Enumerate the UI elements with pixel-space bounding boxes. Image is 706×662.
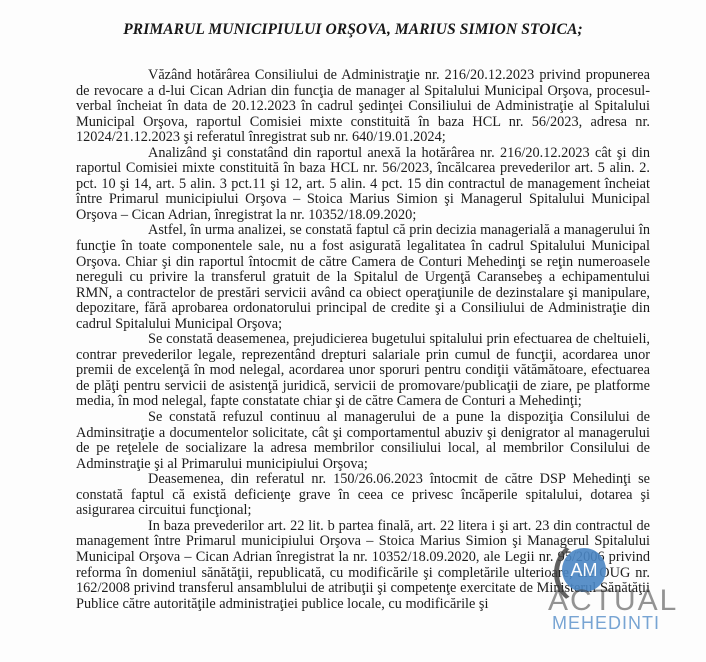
document-page: PRIMARUL MUNICIPIULUI ORŞOVA, MARIUS SIM… <box>0 0 706 662</box>
document-body: Văzând hotărârea Consiliului de Administ… <box>76 68 650 612</box>
paragraph-findings: Astfel, în urma analizei, se constată fa… <box>76 223 650 332</box>
paragraph-considering-decision: Văzând hotărârea Consiliului de Administ… <box>76 68 650 146</box>
paragraph-dsp-report: Deasemenea, din referatul nr. 150/26.06.… <box>76 472 650 519</box>
document-heading: PRIMARUL MUNICIPIULUI ORŞOVA, MARIUS SIM… <box>0 21 706 39</box>
paragraph-analysis: Analizând şi constatând din raportul ane… <box>76 146 650 224</box>
paragraph-legal-basis: In baza prevederilor art. 22 lit. b part… <box>76 519 650 612</box>
watermark-subtitle: MEHEDINTI <box>552 614 660 632</box>
paragraph-refusal: Se constată refuzul continuu al manageru… <box>76 410 650 472</box>
paragraph-budget-damage: Se constată deasemenea, prejudicierea bu… <box>76 332 650 410</box>
